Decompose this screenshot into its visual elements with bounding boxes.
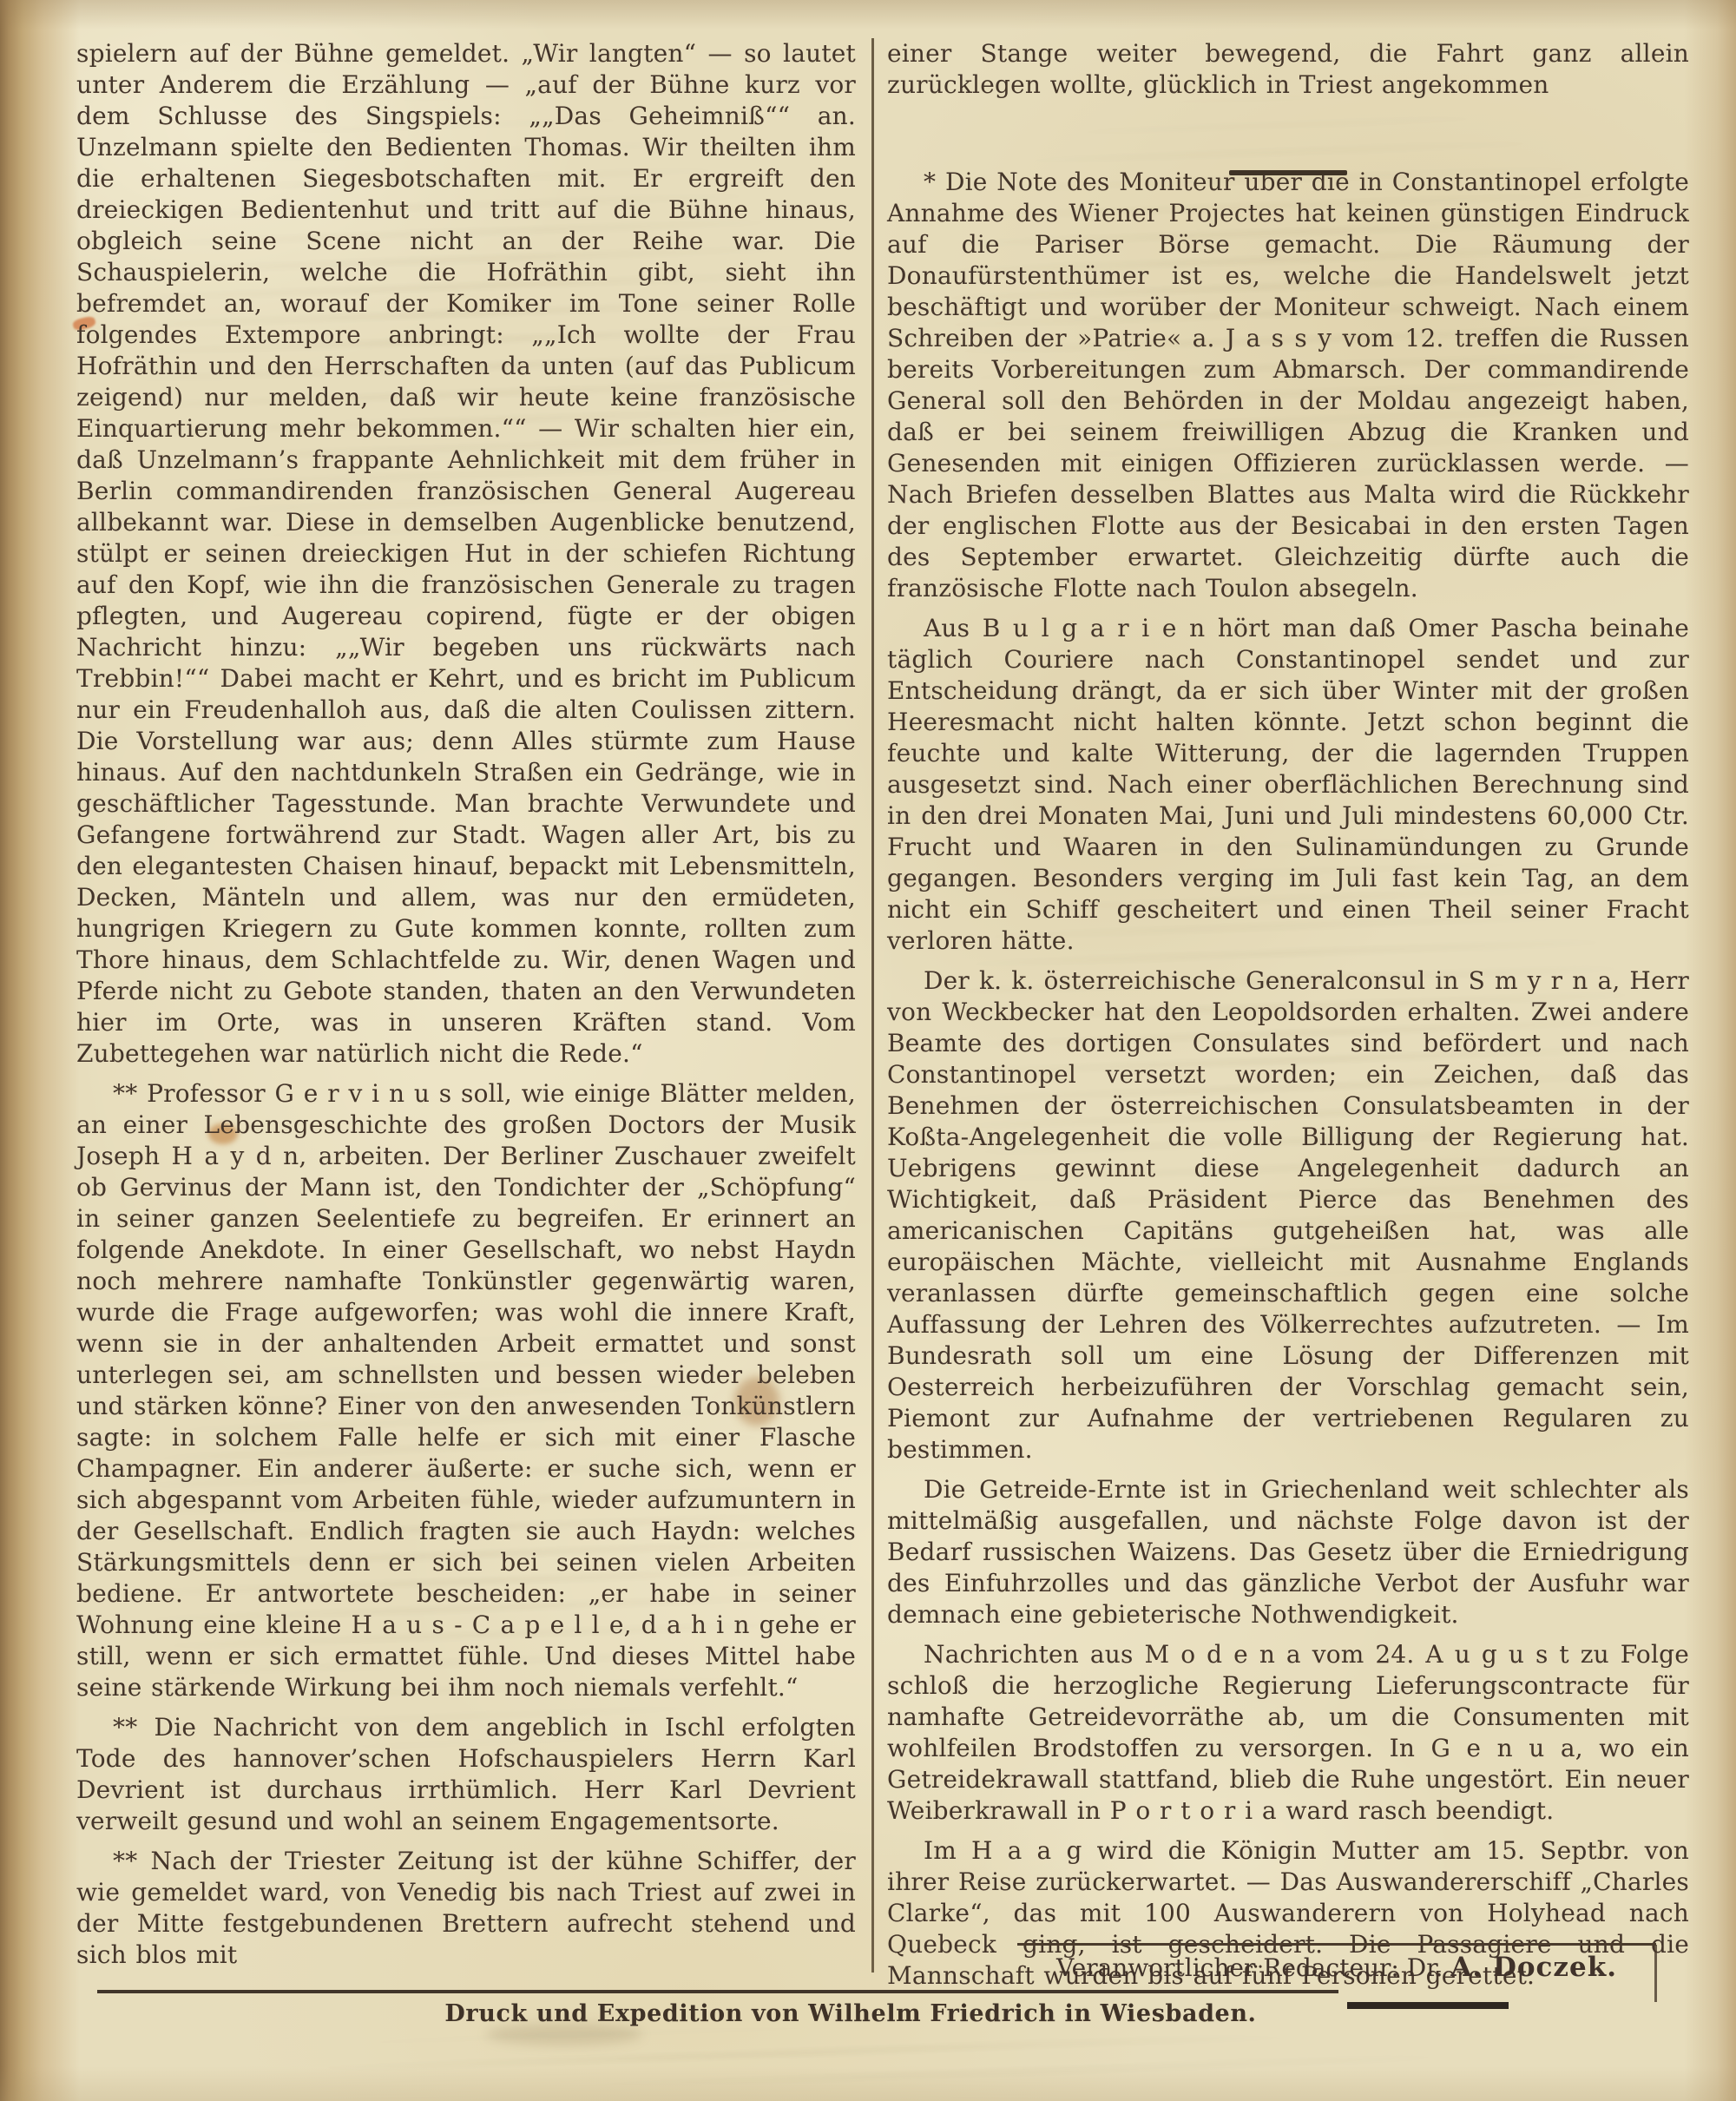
- separator-spacer: [887, 109, 1689, 167]
- news-paragraph: Der k. k. österreichische Generalconsul …: [887, 965, 1689, 1465]
- news-paragraph: ** Nach der Triester Zeitung ist der küh…: [76, 1846, 856, 1971]
- news-paragraph: * Die Note des Moniteur über die in Cons…: [887, 167, 1689, 604]
- left-column: spielern auf der Bühne gemeldet. „Wir la…: [76, 38, 856, 1979]
- column-divider-rule: [871, 38, 874, 1973]
- bottom-rule: [97, 1990, 1338, 1993]
- right-column: einer Stange weiter bewegend, die Fahrt …: [887, 38, 1689, 2000]
- news-paragraph: Aus B u l g a r i e n hört man daß Omer …: [887, 613, 1689, 957]
- printer-imprint: Druck und Expedition von Wilhelm Friedri…: [417, 2000, 1285, 2027]
- news-paragraph: ** Die Nachricht von dem angeblich in Is…: [76, 1712, 856, 1837]
- news-paragraph: Nachrichten aus M o d e n a vom 24. A u …: [887, 1639, 1689, 1827]
- redacteur-overline-rule: [1017, 1943, 1656, 1946]
- page-edge-right: [1684, 0, 1736, 2101]
- page-edge-top: [0, 0, 1736, 30]
- news-paragraph: ** Professor G e r v i n u s soll, wie e…: [76, 1078, 856, 1703]
- article-continuation-unzelmann: spielern auf der Bühne gemeldet. „Wir la…: [76, 38, 856, 1070]
- news-paragraph: Die Getreide-Ernte ist in Griechenland w…: [887, 1474, 1689, 1630]
- left-column-paragraph-list: ** Professor G e r v i n u s soll, wie e…: [76, 1078, 856, 1971]
- bleedthrough-ghost: [208, 2023, 1510, 2092]
- bottom-rule-bold-segment: [1347, 2002, 1509, 2009]
- redacteur-name: A. Doczek.: [1450, 1952, 1617, 1983]
- book-gutter-edge: [0, 0, 80, 2101]
- article-continuation-triest: einer Stange weiter bewegend, die Fahrt …: [887, 38, 1689, 101]
- right-column-paragraph-list: * Die Note des Moniteur über die in Cons…: [887, 167, 1689, 1992]
- item-separator-rule: [1229, 170, 1347, 175]
- redacteur-label: Veranwortlicher Redacteur: Dr.: [1056, 1953, 1443, 1982]
- responsible-editor-line: Veranwortlicher Redacteur: Dr. A. Doczek…: [1017, 1952, 1656, 1983]
